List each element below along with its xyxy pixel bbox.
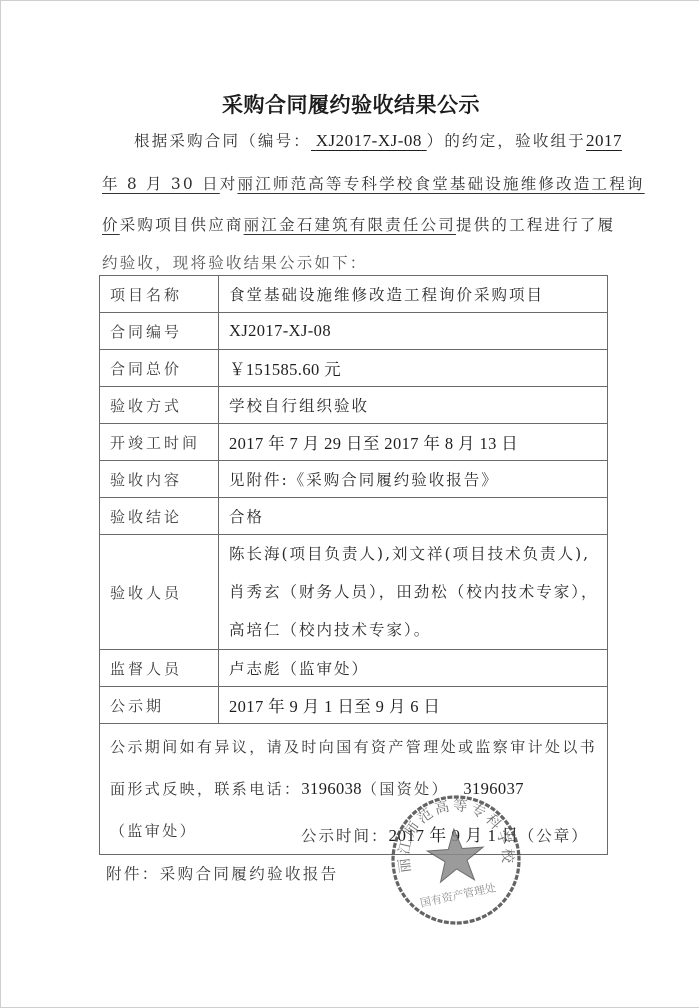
table-row: 公示期 2017 年 9 月 1 日至 9 月 6 日 <box>100 687 608 724</box>
staff-line: 陈长海(项目负责人),刘文祥(项目技术负责人), <box>229 535 607 573</box>
row-value: 2017 年 7 月 29 日至 2017 年 8 月 13 日 <box>219 424 608 461</box>
staff-line: 高培仁（校内技术专家）。 <box>229 611 607 649</box>
svg-text:国有资产管理处: 国有资产管理处 <box>419 880 497 910</box>
intro-project-end: 价 <box>102 216 120 234</box>
row-value: 2017 年 9 月 1 日至 9 月 6 日 <box>219 687 608 724</box>
table-row: 监督人员 卢志彪（监审处） <box>100 650 608 687</box>
intro-suffix: 提供的工程进行了履 <box>456 216 615 234</box>
table-row: 合同总价 ￥151585.60 元 <box>100 350 608 387</box>
document-page: 采购合同履约验收结果公示 根据采购合同（编号： XJ2017-XJ-08 ）的约… <box>0 0 699 1008</box>
intro-year: 2017 <box>586 131 622 150</box>
document-title: 采购合同履约验收结果公示 <box>1 89 700 119</box>
table-row: 验收内容 见附件:《采购合同履约验收报告》 <box>100 461 608 498</box>
row-label: 验收内容 <box>100 461 219 498</box>
intro-project: 丽江师范高等专科学校食堂基础设施维修改造工程询 <box>238 175 645 193</box>
row-value: 合格 <box>219 498 608 535</box>
intro-supplier: 丽江金石建筑有限责任公司 <box>244 216 456 234</box>
row-value: 见附件:《采购合同履约验收报告》 <box>219 461 608 498</box>
row-value: 食堂基础设施维修改造工程询价采购项目 <box>219 276 608 313</box>
table-row: 开竣工时间 2017 年 7 月 29 日至 2017 年 8 月 13 日 <box>100 424 608 461</box>
table-row: 验收方式 学校自行组织验收 <box>100 387 608 424</box>
intro-mid: ）的约定，验收组于 <box>427 132 586 150</box>
intro-supplier-prefix: 采购项目供应商 <box>120 216 244 234</box>
intro-line-1: 根据采购合同（编号： XJ2017-XJ-08 ）的约定，验收组于2017 <box>134 129 644 151</box>
row-value: ￥151585.60 元 <box>219 350 608 387</box>
attachment-note: 附件：采购合同履约验收报告 <box>106 862 339 884</box>
intro-date: 年 8 月 30 日 <box>102 175 220 193</box>
row-label: 监督人员 <box>100 650 219 687</box>
row-label: 公示期 <box>100 687 219 724</box>
row-label: 验收方式 <box>100 387 219 424</box>
intro-connector: 对 <box>220 175 238 193</box>
row-value: XJ2017-XJ-08 <box>219 313 608 350</box>
row-label: 验收结论 <box>100 498 219 535</box>
row-value: 学校自行组织验收 <box>219 387 608 424</box>
intro-line-3: 价采购项目供应商丽江金石建筑有限责任公司提供的工程进行了履 <box>102 213 612 235</box>
row-label: 验收人员 <box>100 535 219 650</box>
table-row: 合同编号 XJ2017-XJ-08 <box>100 313 608 350</box>
acceptance-result-table: 项目名称 食堂基础设施维修改造工程询价采购项目 合同编号 XJ2017-XJ-0… <box>99 275 608 855</box>
intro-prefix: 根据采购合同（编号： <box>134 132 311 150</box>
staff-list: 陈长海(项目负责人),刘文祥(项目技术负责人), 肖秀玄（财务人员），田劲松（校… <box>219 535 608 650</box>
intro-line-2: 年 8 月 30 日对丽江师范高等专科学校食堂基础设施维修改造工程询 <box>102 172 612 194</box>
row-label: 项目名称 <box>100 276 219 313</box>
row-label: 合同总价 <box>100 350 219 387</box>
official-seal-icon: 丽江师范高等专科学校 国有资产管理处 <box>384 788 527 931</box>
intro-contract-no: XJ2017-XJ-08 <box>311 131 427 150</box>
staff-line: 肖秀玄（财务人员），田劲松（校内技术专家）， <box>229 573 607 611</box>
table-row: 验收结论 合格 <box>100 498 608 535</box>
row-label: 开竣工时间 <box>100 424 219 461</box>
phone-asset-office: 3196038 <box>301 779 362 798</box>
row-label: 合同编号 <box>100 313 219 350</box>
row-value: 卢志彪（监审处） <box>219 650 608 687</box>
intro-line-4: 约验收，现将验收结果公示如下： <box>102 251 612 273</box>
table-row: 项目名称 食堂基础设施维修改造工程询价采购项目 <box>100 276 608 313</box>
table-row-staff: 验收人员 陈长海(项目负责人),刘文祥(项目技术负责人), 肖秀玄（财务人员），… <box>100 535 608 650</box>
